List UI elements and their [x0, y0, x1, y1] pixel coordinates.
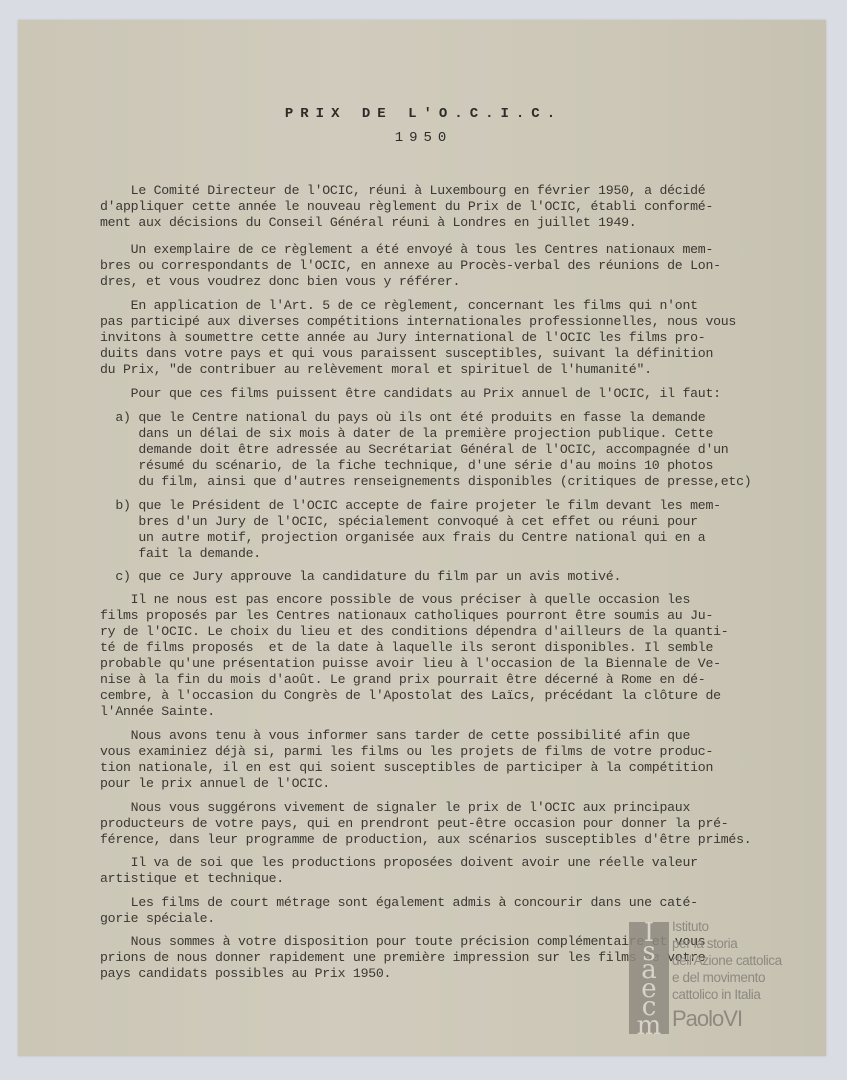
text-line: films proposés par les Centres nationaux…	[100, 609, 713, 622]
watermark-logo: Isaecm Istituto per la storia dell'Azion…	[629, 922, 789, 1038]
logo-line: dell'Azione cattolica	[672, 953, 782, 968]
text-line: l'Année Sainte.	[100, 705, 215, 718]
logo-line: e del movimento	[672, 970, 765, 985]
text-line: dres, et vous voudrez donc bien vous y r…	[100, 275, 460, 288]
text-line: c) que ce Jury approuve la candidature d…	[100, 570, 621, 583]
text-line: d'appliquer cette année le nouveau règle…	[100, 200, 713, 213]
text-line: Pour que ces films puissent être candida…	[100, 387, 721, 400]
text-line: demande doit être adressée au Secrétaria…	[100, 443, 728, 456]
text-line: nise à la fin du mois d'août. Le grand p…	[100, 673, 705, 686]
text-line: bres d'un Jury de l'OCIC, spécialement c…	[100, 515, 698, 528]
logo-line: Istituto	[672, 919, 709, 934]
text-line: prions de nous donner rapidement une pre…	[100, 951, 705, 964]
text-line: Nous sommes à votre disposition pour tou…	[100, 935, 705, 948]
text-line: bres ou correspondants de l'OCIC, en ann…	[100, 259, 721, 272]
text-line: artistique et technique.	[100, 872, 284, 885]
logo-line: cattolico in Italia	[672, 987, 760, 1002]
text-line: un autre motif, projection organisée aux…	[100, 531, 705, 544]
logo-letters: Isaecm	[629, 922, 669, 1034]
text-line: b) que le Président de l'OCIC accepte de…	[100, 499, 721, 512]
logo-letter: m	[629, 1015, 669, 1034]
text-line: invitons à soumettre cette année au Jury…	[100, 331, 705, 344]
text-line: Les films de court métrage sont égalemen…	[100, 896, 698, 909]
logo-name: PaoloVI	[672, 1006, 742, 1032]
text-line: pays candidats possibles au Prix 1950.	[100, 967, 391, 980]
text-line: té de films proposés et de la date à laq…	[100, 641, 713, 654]
text-line: gorie spéciale.	[100, 912, 215, 925]
text-line: En application de l'Art. 5 de ce règleme…	[100, 299, 698, 312]
text-line: producteurs de votre pays, qui en prendr…	[100, 817, 728, 830]
text-line: pour le prix annuel de l'OCIC.	[100, 777, 330, 790]
text-line: cembre, à l'occasion du Congrès de l'Apo…	[100, 689, 721, 702]
text-line: vous examiniez déjà si, parmi les films …	[100, 745, 713, 758]
text-line: ry de l'OCIC. Le choix du lieu et des co…	[100, 625, 728, 638]
text-line: résumé du scénario, de la fiche techniqu…	[100, 459, 713, 472]
text-line: Il va de soi que les productions proposé…	[100, 856, 698, 869]
text-line: ment aux décisions du Conseil Général ré…	[100, 216, 636, 229]
document-title: PRIX DE L'O.C.I.C.	[0, 106, 847, 122]
text-line: fait la demande.	[100, 547, 261, 560]
text-line: tion nationale, il en est qui soient sus…	[100, 761, 713, 774]
text-line: a) que le Centre national du pays où ils…	[100, 411, 705, 424]
text-line: pas participé aux diverses compétitions …	[100, 315, 736, 328]
text-line: Nous vous suggérons vivement de signaler…	[100, 801, 690, 814]
text-line: Nous avons tenu à vous informer sans tar…	[100, 729, 690, 742]
text-line: du film, ainsi que d'autres renseignemen…	[100, 475, 751, 488]
text-line: férence, dans leur programme de producti…	[100, 833, 751, 846]
text-line: Le Comité Directeur de l'OCIC, réuni à L…	[100, 184, 705, 197]
text-line: du Prix, "de contribuer au relèvement mo…	[100, 363, 652, 376]
text-line: Il ne nous est pas encore possible de vo…	[100, 593, 690, 606]
text-line: duits dans votre pays et qui vous parais…	[100, 347, 713, 360]
text-line: dans un délai de six mois à dater de la …	[100, 427, 713, 440]
text-line: probable qu'une présentation puisse avoi…	[100, 657, 721, 670]
document-year: 1950	[0, 130, 847, 146]
logo-line: per la storia	[672, 936, 737, 951]
text-line: Un exemplaire de ce règlement a été envo…	[100, 243, 713, 256]
